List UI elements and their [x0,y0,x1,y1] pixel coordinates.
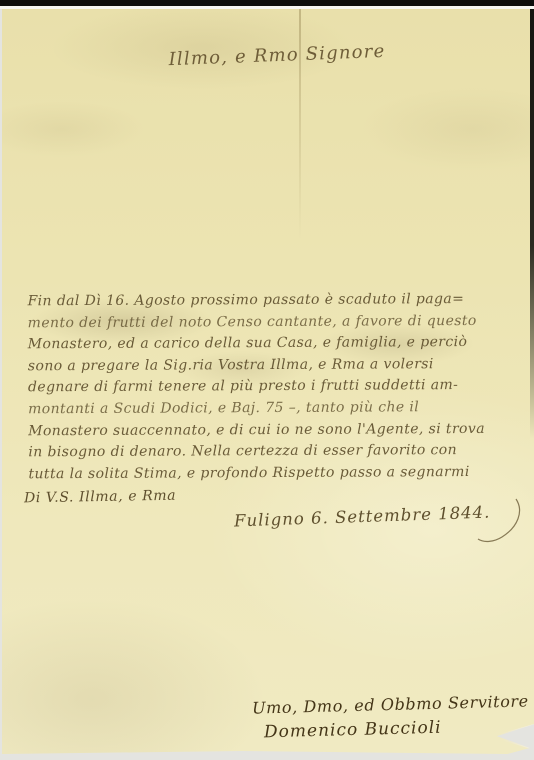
letter-body: Fin dal Dì 16. Agosto prossimo passato è… [27,289,524,486]
dateline: Fuligno 6. Settembre 1844. [234,503,491,531]
signature-valediction: Umo, Dmo, ed Obbmo Servitore [252,691,529,717]
paper-corner-fold [490,724,534,750]
body-line: montanti a Scudi Dodici, e Baj. 75 –, ta… [28,397,524,421]
body-line: sono a pregare la Sig.ria Vostra Illma, … [28,353,524,377]
scan-edge-right [530,9,534,439]
salutation: Illmo, e Rmo Signore [152,40,403,71]
body-line: Fin dal Dì 16. Agosto prossimo passato è… [27,289,523,313]
signature-name: Domenico Buccioli [264,718,442,743]
scan-gap-top [0,6,534,9]
body-line: mento dei frutti del noto Censo cantante… [28,310,524,334]
body-line: Monastero suaccennato, e di cui io ne so… [28,418,524,442]
body-line: tutta la solita Stima, e profondo Rispet… [28,461,524,485]
scanned-letter-page: Illmo, e Rmo Signore Fin dal Dì 16. Agos… [0,0,534,760]
body-line: degnare di farmi tenere al più presto i … [28,375,524,399]
body-line: in bisogno di denaro. Nella certezza di … [28,440,524,464]
body-line: Monastero, ed a carico della sua Casa, e… [28,332,524,356]
closing-line: Di V.S. Illma, e Rma [24,488,176,507]
letter-paper: Illmo, e Rmo Signore Fin dal Dì 16. Agos… [2,9,534,754]
